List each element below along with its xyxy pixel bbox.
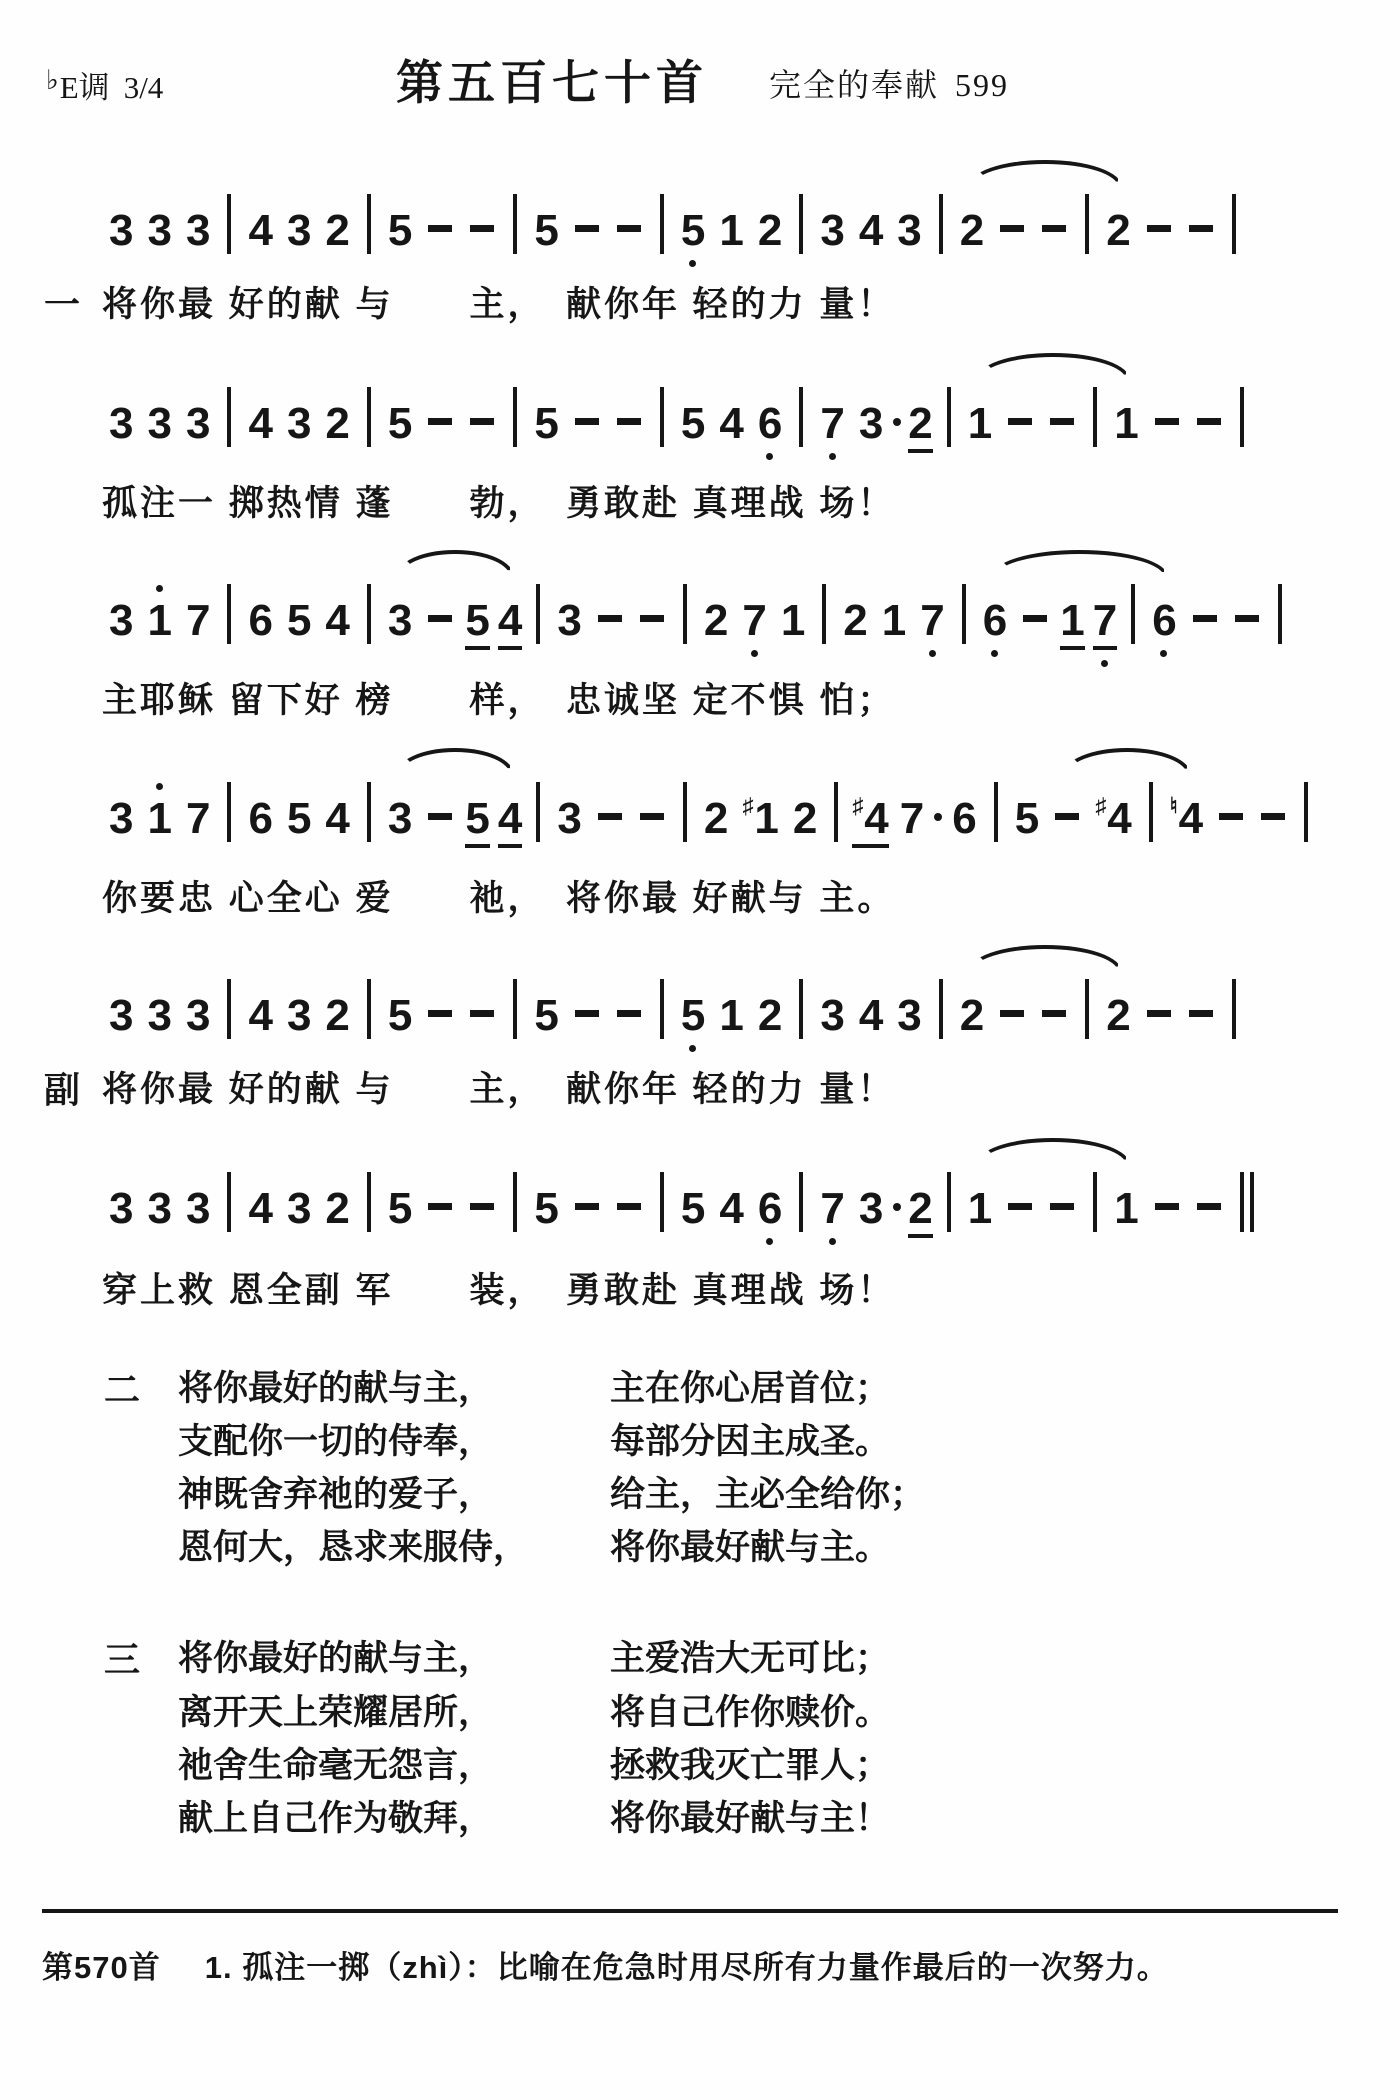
duration-dash: [617, 1203, 641, 1210]
barline: [947, 387, 951, 447]
barline: [227, 584, 231, 644]
note: 3: [557, 797, 581, 841]
note: 3: [897, 994, 921, 1038]
footnote-text: 1. 孤注一掷（zhì）：比喻在危急时用尽所有力量作最后的一次努力。: [205, 1950, 1169, 1985]
low-octave-dot: [991, 650, 998, 657]
barline: [799, 387, 803, 447]
note: 5: [534, 994, 558, 1038]
note-digit: 1: [781, 599, 805, 643]
barline: [660, 194, 664, 254]
note-digit: 3: [109, 599, 133, 643]
verse-2: 二将你最好的献与主，支配你一切的侍奉，神既舍弃祂的爱子，恩何大，恳求来服侍，主在…: [104, 1362, 1400, 1575]
note: 7: [742, 599, 766, 643]
note-digit: 4: [248, 1187, 272, 1231]
barline: [227, 387, 231, 447]
duration-dash: [1050, 418, 1074, 425]
note: 3: [287, 209, 311, 253]
note: 3: [147, 209, 171, 253]
lyric-row-3: 主耶稣 留下好 榜 样， 忠诚坚 定不惧 怕；: [44, 678, 1054, 724]
duration-dash: [575, 1203, 599, 1210]
note: 5: [287, 599, 311, 643]
sharp-icon: ♯: [1095, 793, 1106, 818]
note-digit: 2: [325, 402, 349, 446]
verse-line: 恩何大，恳求来服侍，: [178, 1521, 610, 1574]
duration-dash: [1042, 225, 1066, 232]
note-digit: 3: [287, 209, 311, 253]
duration-dash: [1147, 225, 1171, 232]
note-digit: 5: [465, 797, 489, 841]
note: 2: [1106, 209, 1130, 253]
note-digit: 3: [820, 209, 844, 253]
verse-line: 离开天上荣耀居所，: [178, 1686, 610, 1739]
note-digit: 3: [109, 1187, 133, 1231]
barline: [536, 782, 540, 842]
note: 3: [109, 209, 133, 253]
barline: [683, 584, 687, 644]
note-digit: 7: [186, 797, 210, 841]
note: 4: [498, 599, 522, 650]
note-digit: 7: [186, 599, 210, 643]
verse-line: 将自己作你赎价。: [610, 1686, 890, 1739]
note: 2: [843, 599, 867, 643]
verse-line: 主爱浩大无可比；: [610, 1632, 890, 1685]
duration-dash: [575, 1010, 599, 1017]
note: 7: [1093, 599, 1117, 650]
song-name-line: 完全的奉献599: [769, 60, 1009, 106]
lyric-line: 穿上救 恩全副 军 装， 勇敢赴 真理战 场！: [102, 1268, 895, 1314]
note: 4: [498, 797, 522, 848]
tie-arc: [976, 353, 1129, 380]
note: 5: [388, 402, 412, 446]
duration-dash: [428, 418, 452, 425]
music-system-5: 3334325551234322副将你最 好的献 与 主， 献你年 轻的力 量！: [44, 943, 1054, 1114]
note-digit: 3: [287, 402, 311, 446]
note-digit: 3: [147, 994, 171, 1038]
flat-icon: ♭: [46, 65, 59, 95]
verse-line: 拯救我灭亡罪人；: [610, 1739, 890, 1792]
note-digit: 5: [681, 209, 705, 253]
note-digit: 5: [287, 599, 311, 643]
note: 5: [287, 797, 311, 841]
note-digit: 7: [1093, 599, 1117, 643]
high-octave-dot: [156, 783, 163, 790]
note: 3: [109, 994, 133, 1038]
note: 7: [186, 797, 210, 841]
duration-dash: [640, 813, 664, 820]
note-digit: 4: [1107, 797, 1131, 841]
duration-dash: [1000, 1010, 1024, 1017]
note-digit: 5: [1015, 797, 1039, 841]
note: ♯1: [742, 795, 778, 841]
notation-line-3: 31765435432712176176: [102, 548, 1054, 670]
duration-dash: [1189, 1010, 1213, 1017]
duration-dash: [575, 418, 599, 425]
verse-marker: 一: [44, 282, 102, 329]
note: 1: [1060, 599, 1084, 650]
note-digit: 1: [754, 797, 778, 841]
note: 3: [820, 994, 844, 1038]
note-digit: 4: [859, 994, 883, 1038]
barline: [367, 584, 371, 644]
note-digit: 4: [719, 402, 743, 446]
note-digit: 3: [388, 797, 412, 841]
note-digit: 4: [1179, 797, 1203, 841]
lyric-line: 你要忠 心全心 爱 祂， 将你最 好献与 主。: [102, 876, 895, 922]
sharp-icon: ♯: [852, 793, 863, 818]
barline: [367, 387, 371, 447]
note: 4: [248, 994, 272, 1038]
note: 5: [1015, 797, 1039, 841]
note-digit: 3: [287, 994, 311, 1038]
note-digit: 6: [983, 599, 1007, 643]
note-digit: 1: [147, 599, 171, 643]
notation-line-1: 3334325551234322: [102, 158, 1054, 274]
notation-line-4: 31765435432♯12♯4765♯4♮4: [102, 746, 1054, 868]
low-octave-dot: [689, 260, 696, 267]
note-digit: 6: [1152, 599, 1176, 643]
lyric-row-2: 孤注一 掷热情 蓬 勃， 勇敢赴 真理战 场！: [44, 481, 1054, 527]
note: 3: [147, 1187, 171, 1231]
note-digit: 2: [1106, 994, 1130, 1038]
note-digit: 5: [681, 402, 705, 446]
note: 4: [325, 599, 349, 643]
barline: [1232, 979, 1236, 1039]
note-digit: 2: [758, 994, 782, 1038]
barline: [1232, 194, 1236, 254]
note-digit: 2: [325, 209, 349, 253]
note-digit: 3: [147, 1187, 171, 1231]
duration-dash: [1261, 813, 1285, 820]
note: 3: [147, 402, 171, 446]
duration-dash: [428, 1203, 452, 1210]
barline: [1085, 194, 1089, 254]
music-system-4: 31765435432♯12♯4765♯4♮4你要忠 心全心 爱 祂， 将你最 …: [44, 746, 1054, 922]
barline: [367, 782, 371, 842]
note: 3: [388, 599, 412, 643]
lyric-line: 孤注一 掷热情 蓬 勃， 勇敢赴 真理战 场！: [102, 481, 895, 527]
note: 1: [781, 599, 805, 643]
verse-marker: [44, 481, 102, 527]
note: ♯4: [852, 795, 888, 848]
tie-arc: [968, 945, 1121, 972]
key-name: E调: [60, 70, 110, 105]
lyric-row-6: 穿上救 恩全副 军 装， 勇敢赴 真理战 场！: [44, 1268, 1054, 1314]
note-digit: 2: [704, 797, 728, 841]
note: 3: [147, 994, 171, 1038]
verse-number: 三: [104, 1632, 178, 1845]
note-digit: 5: [388, 994, 412, 1038]
note-digit: 5: [681, 1187, 705, 1231]
note-digit: 3: [186, 209, 210, 253]
barline: [227, 979, 231, 1039]
note: 1: [719, 994, 743, 1038]
note-digit: 3: [557, 599, 581, 643]
low-octave-dot: [1101, 660, 1108, 667]
note-digit: 5: [388, 209, 412, 253]
note-digit: 1: [1060, 599, 1084, 643]
note-digit: 3: [147, 209, 171, 253]
note: 2: [758, 994, 782, 1038]
note: 1: [1114, 402, 1138, 446]
note: 4: [859, 994, 883, 1038]
duration-dash: [617, 225, 641, 232]
barline: [513, 387, 517, 447]
note-digit: 3: [859, 1187, 883, 1231]
barline: [822, 584, 826, 644]
duration-dash: [1219, 813, 1243, 820]
barline: [947, 1172, 951, 1232]
barline: [1149, 782, 1153, 842]
note-digit: 1: [1114, 1187, 1138, 1231]
duration-dash: [1155, 1203, 1179, 1210]
note-digit: 1: [719, 994, 743, 1038]
low-octave-dot: [766, 453, 773, 460]
hymn-number-title: 第五百七十首: [396, 46, 708, 113]
verse-line: 支配你一切的侍奉，: [178, 1415, 610, 1468]
note-digit: 4: [248, 209, 272, 253]
note: 1: [882, 599, 906, 643]
low-octave-dot: [929, 650, 936, 657]
footnote-hymn-number: 第570首: [42, 1941, 161, 1995]
note: 1: [1114, 1187, 1138, 1231]
note: 2: [758, 209, 782, 253]
note: 5: [681, 994, 705, 1038]
barline: [799, 194, 803, 254]
final-barline: [1240, 1172, 1254, 1240]
note-digit: 4: [248, 994, 272, 1038]
note-digit: 3: [109, 797, 133, 841]
note-digit: 5: [681, 994, 705, 1038]
lyric-row-5: 副将你最 好的献 与 主， 献你年 轻的力 量！: [44, 1067, 1054, 1114]
verse-line: 将你最好的献与主，: [178, 1632, 610, 1685]
note-digit: 3: [897, 994, 921, 1038]
barline: [660, 1172, 664, 1232]
verse-blocks: 二将你最好的献与主，支配你一切的侍奉，神既舍弃祂的爱子，恩何大，恳求来服侍，主在…: [104, 1362, 1400, 1846]
note-digit: 2: [960, 994, 984, 1038]
note-digit: 1: [968, 402, 992, 446]
verse-line: 将你最好的献与主，: [178, 1362, 610, 1415]
note-digit: 3: [897, 209, 921, 253]
verse-column: 主在你心居首位；每部分因主成圣。给主，主必全给你；将你最好献与主。: [610, 1362, 925, 1575]
duration-dash: [470, 1203, 494, 1210]
lyric-line: 将你最 好的献 与 主， 献你年 轻的力 量！: [102, 1067, 895, 1114]
note: 5: [534, 1187, 558, 1231]
note: 3: [109, 797, 133, 841]
hymn-page: ♭E调3/4 第五百七十首 完全的奉献599 3334325551234322一…: [0, 0, 1400, 2100]
barline: [660, 979, 664, 1039]
music-system-1: 3334325551234322一将你最 好的献 与 主， 献你年 轻的力 量！: [44, 158, 1054, 329]
note: 3: [186, 209, 210, 253]
note-digit: 3: [287, 1187, 311, 1231]
note: 2: [704, 599, 728, 643]
note: 3: [186, 994, 210, 1038]
duration-dash: [1197, 1203, 1221, 1210]
note: 3: [557, 599, 581, 643]
lyric-line: 主耶稣 留下好 榜 样， 忠诚坚 定不惧 怕；: [102, 678, 895, 724]
note: 2: [325, 209, 349, 253]
duration-dash: [428, 615, 452, 622]
duration-dash: [470, 225, 494, 232]
verse-line: 献上自己作为敬拜，: [178, 1792, 610, 1845]
tie-arc: [396, 748, 513, 775]
note-digit: 5: [388, 402, 412, 446]
note: 5: [681, 1187, 705, 1231]
duration-dash: [1055, 813, 1079, 820]
duration-dash: [1189, 225, 1213, 232]
note: 2: [960, 994, 984, 1038]
duration-dash: [1197, 418, 1221, 425]
verse-column: 主爱浩大无可比；将自己作你赎价。拯救我灭亡罪人；将你最好献与主！: [610, 1632, 890, 1845]
note: 5: [681, 209, 705, 253]
notation-line-6: 3334325554673211: [102, 1136, 1054, 1260]
note: 6: [248, 599, 272, 643]
note-digit: 5: [287, 797, 311, 841]
barline: [683, 782, 687, 842]
note: ♯4: [1095, 795, 1131, 841]
note: 3: [287, 1187, 311, 1231]
note-digit: 5: [534, 1187, 558, 1231]
note-digit: 2: [908, 1187, 932, 1231]
note-digit: 6: [248, 599, 272, 643]
note: 6: [758, 402, 782, 446]
low-octave-dot: [1160, 650, 1167, 657]
note-digit: 2: [325, 994, 349, 1038]
augmentation-dot: [893, 1203, 901, 1211]
note: 3: [109, 599, 133, 643]
barline: [513, 1172, 517, 1232]
note: 7: [900, 797, 924, 841]
note-digit: 3: [186, 994, 210, 1038]
note: 5: [388, 209, 412, 253]
note: 1: [968, 1187, 992, 1231]
sharp-icon: ♯: [742, 793, 753, 818]
note-digit: 6: [758, 402, 782, 446]
duration-dash: [428, 1010, 452, 1017]
note: 5: [534, 402, 558, 446]
verse-line: 给主，主必全给你；: [610, 1468, 925, 1521]
barline: [834, 782, 838, 842]
note-digit: 2: [843, 599, 867, 643]
note-digit: 1: [147, 797, 171, 841]
barline: [962, 584, 966, 644]
note-digit: 3: [820, 994, 844, 1038]
note: 3: [820, 209, 844, 253]
tie-arc: [968, 160, 1121, 187]
note: 2: [793, 797, 817, 841]
note-digit: 4: [248, 402, 272, 446]
duration-dash: [640, 615, 664, 622]
note: 2: [325, 402, 349, 446]
note: 5: [465, 797, 489, 848]
note: 4: [325, 797, 349, 841]
note-digit: 4: [498, 797, 522, 841]
notation-line-5: 3334325551234322: [102, 943, 1054, 1059]
natural-icon: ♮: [1170, 793, 1178, 818]
note: 1: [147, 599, 171, 643]
note: 6: [1152, 599, 1176, 643]
verse-marker: [44, 678, 102, 724]
note: 2: [908, 1187, 932, 1238]
note-digit: 4: [498, 599, 522, 643]
note-digit: 7: [820, 1187, 844, 1231]
duration-dash: [575, 225, 599, 232]
note: 4: [248, 209, 272, 253]
tie-arc: [1063, 748, 1191, 775]
barline: [227, 194, 231, 254]
barline: [367, 979, 371, 1039]
note-digit: 1: [1114, 402, 1138, 446]
note-digit: 3: [859, 402, 883, 446]
note: 4: [719, 402, 743, 446]
low-octave-dot: [689, 1045, 696, 1052]
note-digit: 6: [758, 1187, 782, 1231]
low-octave-dot: [751, 650, 758, 657]
note: 3: [109, 1187, 133, 1231]
music-systems: 3334325551234322一将你最 好的献 与 主， 献你年 轻的力 量！…: [44, 158, 1054, 1314]
barline: [1085, 979, 1089, 1039]
note: 7: [920, 599, 944, 643]
note-digit: 6: [248, 797, 272, 841]
barline: [939, 979, 943, 1039]
note-digit: 2: [908, 402, 932, 446]
note: 5: [388, 1187, 412, 1231]
verse-line: 将你最好献与主。: [610, 1521, 925, 1574]
note-digit: 1: [719, 209, 743, 253]
tie-arc: [976, 1138, 1129, 1165]
music-system-6: 3334325554673211穿上救 恩全副 军 装， 勇敢赴 真理战 场！: [44, 1136, 1054, 1314]
verse-line: 神既舍弃祂的爱子，: [178, 1468, 610, 1521]
barline: [536, 584, 540, 644]
verse-number: 二: [104, 1362, 178, 1575]
tie-arc: [991, 550, 1167, 577]
note-digit: 3: [388, 599, 412, 643]
note-digit: 4: [864, 797, 888, 841]
time-signature: 3/4: [124, 70, 164, 105]
barline: [660, 387, 664, 447]
duration-dash: [1147, 1010, 1171, 1017]
note: 6: [248, 797, 272, 841]
key-signature: ♭E调3/4: [46, 62, 163, 107]
duration-dash: [1008, 1203, 1032, 1210]
note: 3: [897, 209, 921, 253]
duration-dash: [617, 1010, 641, 1017]
barline: [1131, 584, 1135, 644]
note-digit: 7: [900, 797, 924, 841]
note: 1: [968, 402, 992, 446]
low-octave-dot: [829, 1238, 836, 1245]
duration-dash: [1050, 1203, 1074, 1210]
lyric-line: 将你最 好的献 与 主， 献你年 轻的力 量！: [102, 282, 895, 329]
barline: [227, 1172, 231, 1232]
verse-line: 主在你心居首位；: [610, 1362, 925, 1415]
note-digit: 3: [109, 402, 133, 446]
note: 3: [859, 402, 883, 446]
note: 5: [534, 209, 558, 253]
lyric-row-1: 一将你最 好的献 与 主， 献你年 轻的力 量！: [44, 282, 1054, 329]
note: 3: [287, 402, 311, 446]
duration-dash: [617, 418, 641, 425]
lyric-row-4: 你要忠 心全心 爱 祂， 将你最 好献与 主。: [44, 876, 1054, 922]
duration-dash: [1193, 615, 1217, 622]
verse-column: 将你最好的献与主，离开天上荣耀居所，祂舍生命毫无怨言，献上自己作为敬拜，: [178, 1632, 610, 1845]
verse-3: 三将你最好的献与主，离开天上荣耀居所，祂舍生命毫无怨言，献上自己作为敬拜，主爱浩…: [104, 1632, 1400, 1845]
barline: [1304, 782, 1308, 842]
note: 2: [960, 209, 984, 253]
note: 3: [186, 402, 210, 446]
note-digit: 1: [968, 1187, 992, 1231]
duration-dash: [428, 225, 452, 232]
verse-marker: [44, 876, 102, 922]
